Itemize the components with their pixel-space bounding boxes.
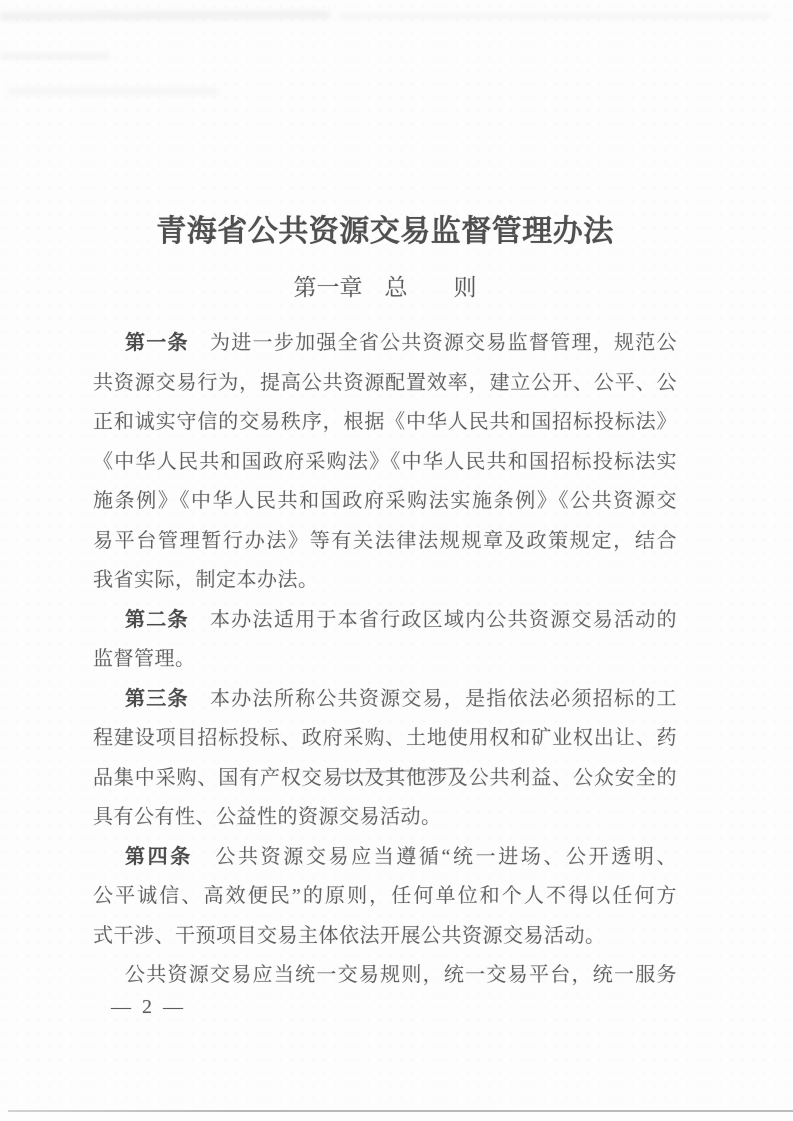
text-run: 监督管理。 [93, 648, 196, 670]
text-line: 易平台管理暂行办法》等有关法律法规规章及政策规定，结合 [93, 522, 677, 562]
text-line: 《中华人民共和国政府采购法》《中华人民共和国招标投标法实 [93, 443, 677, 483]
scanned-document-page: 青海省公共资源交易监督管理办法 第一章总 则 第一条 为进一步加强全省公共资源交… [0, 0, 793, 1121]
scan-smudge-top-right [340, 13, 770, 19]
text-line: 公共资源交易应当统一交易规则，统一交易平台，统一服务 [93, 956, 677, 996]
scan-smudge-left-lower [8, 88, 218, 95]
article-number: 第三条 [125, 688, 189, 710]
text-line: 第二条 本办法适用于本省行政区域内公共资源交易活动的 [93, 601, 677, 641]
text-line: 正和诚实守信的交易秩序，根据《中华人民共和国招标投标法》 [93, 403, 677, 443]
document-title: 青海省公共资源交易监督管理办法 [93, 206, 677, 250]
text-run: 《中华人民共和国政府采购法》《中华人民共和国招标投标法实 [93, 451, 677, 473]
text-line: 程建设项目招标投标、政府采购、土地使用权和矿业权出让、药 [93, 719, 677, 759]
scan-smudge-left [0, 52, 110, 60]
text-run: 本办法适用于本省行政区域内公共资源交易活动的 [189, 609, 677, 631]
text-line: 品集中采购、国有产权交易以及其他涉及公共利益、公众安全的 [93, 759, 677, 799]
article-number: 第四条 [125, 846, 193, 868]
article-number: 第一条 [125, 332, 189, 354]
text-run: 施条例》《中华人民共和国政府采购法实施条例》《公共资源交 [93, 490, 677, 512]
text-run: 程建设项目招标投标、政府采购、土地使用权和矿业权出让、药 [93, 727, 677, 749]
text-line: 具有公有性、公益性的资源交易活动。 [93, 798, 677, 838]
chapter-heading: 第一章总 则 [93, 269, 677, 302]
page-number: — 2 — [111, 996, 186, 1019]
chapter-name: 总 则 [385, 275, 477, 300]
document-body: 第一条 为进一步加强全省公共资源交易监督管理，规范公共资源交易行为，提高公共资源… [93, 324, 677, 996]
text-line: 第三条 本办法所称公共资源交易，是指依法必须招标的工 [93, 680, 677, 720]
text-run: 本办法所称公共资源交易，是指依法必须招标的工 [189, 688, 677, 710]
text-run: 公共资源交易应当统一交易规则，统一交易平台，统一服务 [125, 964, 677, 986]
text-run: 共资源交易行为，提高公共资源配置效率，建立公开、公平、公 [93, 372, 677, 394]
article-number: 第二条 [125, 609, 189, 631]
scan-edge-line [8, 1110, 793, 1112]
text-line: 公平诚信、高效便民”的原则，任何单位和个人不得以任何方 [93, 877, 677, 917]
text-line: 第四条 公共资源交易应当遵循“统一进场、公开透明、 [93, 838, 677, 878]
text-line: 共资源交易行为，提高公共资源配置效率，建立公开、公平、公 [93, 364, 677, 404]
scan-smudge-top-left [0, 10, 330, 21]
text-run: 为进一步加强全省公共资源交易监督管理，规范公 [189, 332, 677, 354]
text-run: 式干涉、干预项目交易主体依法开展公共资源交易活动。 [93, 925, 606, 947]
text-line: 式干涉、干预项目交易主体依法开展公共资源交易活动。 [93, 917, 677, 957]
text-run: 正和诚实守信的交易秩序，根据《中华人民共和国招标投标法》 [93, 411, 677, 433]
text-line: 我省实际，制定本办法。 [93, 561, 677, 601]
text-run: 我省实际，制定本办法。 [93, 569, 319, 591]
text-run: 公平诚信、高效便民”的原则，任何单位和个人不得以任何方 [93, 885, 677, 907]
chapter-number: 第一章 [294, 275, 363, 300]
text-run: 公共资源交易应当遵循“统一进场、公开透明、 [193, 846, 677, 868]
text-line: 第一条 为进一步加强全省公共资源交易监督管理，规范公 [93, 324, 677, 364]
text-line: 监督管理。 [93, 640, 677, 680]
text-run: 易平台管理暂行办法》等有关法律法规规章及政策规定，结合 [93, 530, 677, 552]
text-line: 施条例》《中华人民共和国政府采购法实施条例》《公共资源交 [93, 482, 677, 522]
text-run: 具有公有性、公益性的资源交易活动。 [93, 806, 442, 828]
text-run: 品集中采购、国有产权交易以及其他涉及公共利益、公众安全的 [93, 767, 677, 789]
